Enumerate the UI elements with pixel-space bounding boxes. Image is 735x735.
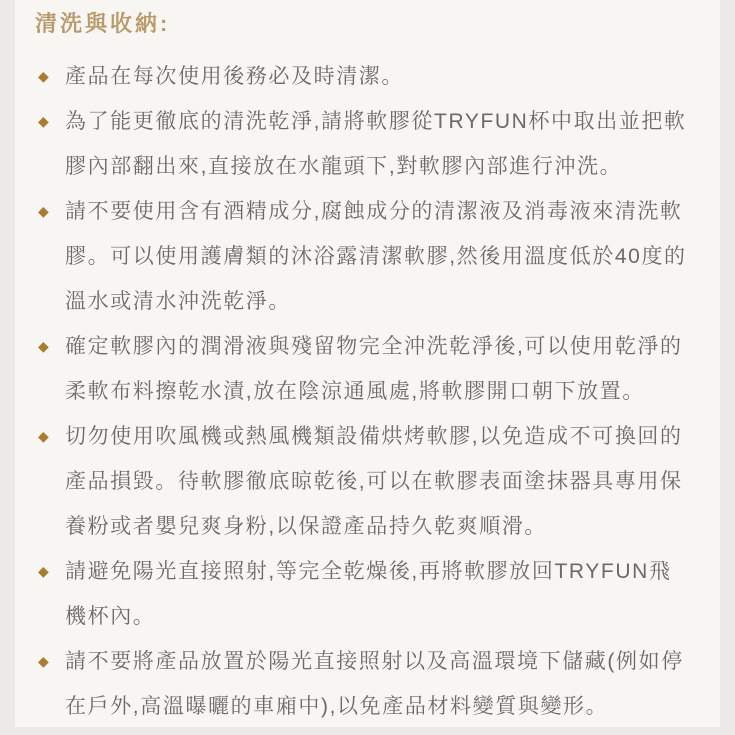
- list-item: ◆ 請不要使用含有酒精成分,腐蝕成分的清潔液及消毒液來清洗軟 膠。可以使用護膚類…: [35, 189, 706, 324]
- diamond-bullet-icon: ◆: [38, 339, 49, 353]
- diamond-bullet-icon: ◆: [38, 204, 49, 218]
- item-text-line: 請避免陽光直接照射,等完全乾燥後,再將軟膠放回TRYFUN飛: [65, 549, 706, 594]
- diamond-bullet-icon: ◆: [38, 564, 49, 578]
- item-text-line: 膠。可以使用護膚類的沐浴露清潔軟膠,然後用溫度低於40度的: [65, 234, 706, 279]
- item-text-line: 產品損毀。待軟膠徹底晾乾後,可以在軟膠表面塗抹器具專用保: [65, 459, 706, 504]
- section-title: 清洗與收納:: [35, 4, 706, 44]
- item-text-line: 請不要將產品放置於陽光直接照射以及高溫環境下儲藏(例如停: [65, 639, 706, 684]
- item-text-line: 產品在每次使用後務必及時清潔。: [65, 54, 706, 99]
- item-text-line: 膠內部翻出來,直接放在水龍頭下,對軟膠內部進行沖洗。: [65, 144, 706, 189]
- care-instructions-card: 清洗與收納: ◆ 產品在每次使用後務必及時清潔。 ◆ 為了能更徹底的清洗乾淨,請…: [15, 0, 720, 727]
- item-text-line: 機杯內。: [65, 594, 706, 639]
- item-text-line: 為了能更徹底的清洗乾淨,請將軟膠從TRYFUN杯中取出並把軟: [65, 99, 706, 144]
- list-item: ◆ 產品在每次使用後務必及時清潔。: [35, 54, 706, 99]
- item-text-line: 在戶外,高溫曝曬的車廂中),以免產品材料變質與變形。: [65, 684, 706, 727]
- diamond-bullet-icon: ◆: [38, 69, 49, 83]
- item-text-line: 請不要使用含有酒精成分,腐蝕成分的清潔液及消毒液來清洗軟: [65, 189, 706, 234]
- list-item: ◆ 請不要將產品放置於陽光直接照射以及高溫環境下儲藏(例如停 在戶外,高溫曝曬的…: [35, 639, 706, 727]
- instruction-list: ◆ 產品在每次使用後務必及時清潔。 ◆ 為了能更徹底的清洗乾淨,請將軟膠從TRY…: [35, 54, 706, 727]
- list-item: ◆ 確定軟膠內的潤滑液與殘留物完全沖洗乾淨後,可以使用乾淨的 柔軟布料擦乾水漬,…: [35, 324, 706, 414]
- diamond-bullet-icon: ◆: [38, 429, 49, 443]
- item-text-line: 溫水或清水沖洗乾淨。: [65, 279, 706, 324]
- item-text-line: 柔軟布料擦乾水漬,放在陰涼通風處,將軟膠開口朝下放置。: [65, 369, 706, 414]
- list-item: ◆ 為了能更徹底的清洗乾淨,請將軟膠從TRYFUN杯中取出並把軟 膠內部翻出來,…: [35, 99, 706, 189]
- diamond-bullet-icon: ◆: [38, 654, 49, 668]
- diamond-bullet-icon: ◆: [38, 114, 49, 128]
- list-item: ◆ 切勿使用吹風機或熱風機類設備烘烤軟膠,以免造成不可換回的 產品損毀。待軟膠徹…: [35, 414, 706, 549]
- item-text-line: 養粉或者嬰兒爽身粉,以保證產品持久乾爽順滑。: [65, 504, 706, 549]
- item-text-line: 確定軟膠內的潤滑液與殘留物完全沖洗乾淨後,可以使用乾淨的: [65, 324, 706, 369]
- list-item: ◆ 請避免陽光直接照射,等完全乾燥後,再將軟膠放回TRYFUN飛 機杯內。: [35, 549, 706, 639]
- item-text-line: 切勿使用吹風機或熱風機類設備烘烤軟膠,以免造成不可換回的: [65, 414, 706, 459]
